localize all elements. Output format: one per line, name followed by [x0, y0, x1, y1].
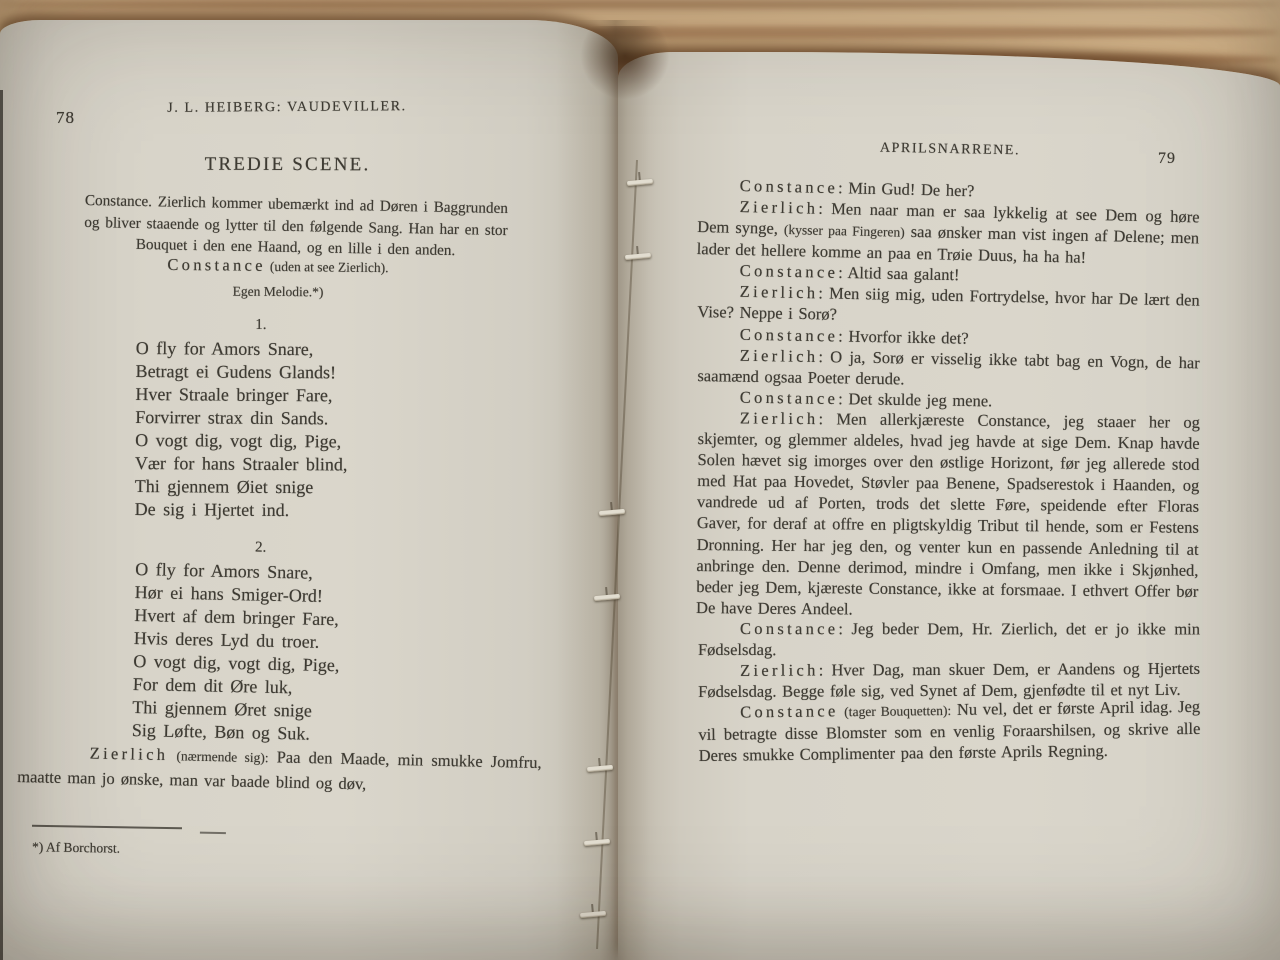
dialogue-paragraph: Zierlich (nærmende sig): Paa den Maade, … — [17, 740, 542, 799]
verse-line: Forvirrer strax din Sands. — [135, 406, 385, 431]
dialogue-column: Constance: Min Gud! De her?Zierlich: Men… — [698, 174, 1200, 767]
speaker-name: Constance — [740, 388, 839, 408]
speaker-name: Zierlich — [90, 744, 169, 765]
dialogue-paragraph: Constance: Jeg beder Dem, Hr. Zierlich, … — [698, 618, 1200, 661]
speaker-name: Zierlich — [740, 282, 819, 303]
running-header-right: APRILSNARRENE. — [825, 140, 1075, 161]
stanza-number: 1. — [136, 314, 386, 337]
speaker-name: Zierlich — [740, 408, 819, 428]
speaker-name: Constance — [740, 619, 838, 638]
verse-line: Hver Straale bringer Fare, — [135, 383, 385, 408]
left-page: 78 J. L. HEIBERG: VAUDEVILLER. TREDIE SC… — [0, 20, 618, 960]
page-number-right: 79 — [1158, 150, 1176, 168]
footnote: *) Af Borchorst. — [32, 839, 120, 856]
verse-line: De sig i Hjertet ind. — [135, 498, 385, 523]
stage-direction: Constance. Zierlich kommer ubemærkt ind … — [41, 189, 550, 263]
speaker-name: Constance — [740, 324, 839, 345]
speaker-name: Constance — [740, 702, 839, 722]
dialogue-paragraph: Zierlich: Hver Dag, man skuer Dem, er Aa… — [698, 658, 1200, 702]
speaker-name: Constance — [167, 255, 266, 275]
verse-line: Betragt ei Gudens Glands! — [136, 360, 386, 385]
speaker-name: Constance — [740, 261, 839, 282]
stage-direction-inline: (nærmende sig): — [176, 748, 268, 765]
stanza-number: 2. — [136, 535, 386, 561]
dialogue-paragraph: Zierlich: Men allerkjæreste Constance, j… — [696, 407, 1200, 623]
stage-direction-inline: (uden at see Zierlich). — [270, 259, 389, 275]
verse-line: O vogt dig, vogt dig, Pige, — [135, 429, 385, 454]
melody-note: Egen Melodie.*) — [92, 282, 464, 301]
page-number-left: 78 — [56, 108, 75, 128]
dialogue-paragraph: Constance (tager Bouquetten): Nu vel, de… — [698, 696, 1201, 766]
speaker-name: Zierlich — [740, 661, 819, 680]
footnote-rule — [32, 825, 182, 830]
song-stanzas: 1.O fly for Amors Snare,Betragt ei Guden… — [136, 314, 386, 742]
speaker-name: Zierlich — [740, 197, 819, 218]
stage-direction-inline: (kysser paa Fingeren) — [784, 222, 905, 240]
verse-line: Thi gjennem Øiet snige — [135, 475, 385, 500]
speaker-heading: Constance (uden at see Zierlich). — [92, 254, 464, 278]
dialogue-text: : Men allerkjæreste Constance, jeg staae… — [696, 409, 1200, 618]
dialogue-text: : Hvorfor ikke det? — [838, 326, 969, 347]
dialogue-text: : Altid saa galant! — [838, 263, 960, 284]
stanza: 1.O fly for Amors Snare,Betragt ei Guden… — [135, 314, 386, 523]
photo-of-open-book: 78 J. L. HEIBERG: VAUDEVILLER. TREDIE SC… — [0, 0, 1280, 960]
speaker-name: Zierlich — [740, 345, 819, 365]
stanza: 2.O fly for Amors Snare,Hør ei hans Smig… — [132, 535, 386, 747]
verse-line: Vær for hans Straaler blind, — [135, 452, 385, 477]
right-page: APRILSNARRENE. 79 Constance: Min Gud! De… — [618, 52, 1280, 960]
wood-grain — [0, 0, 1280, 9]
speaker-name: Constance — [740, 176, 839, 197]
verse-line: O fly for Amors Snare, — [136, 337, 386, 362]
scene-title: TREDIE SCENE. — [145, 154, 430, 177]
running-header-left: J. L. HEIBERG: VAUDEVILLER. — [162, 99, 412, 117]
photo-edge — [0, 90, 3, 960]
dialogue-text: : Min Gud! De her? — [838, 178, 975, 200]
dialogue-text: : Det skulde jeg mene. — [838, 389, 992, 410]
stage-direction-inline: (tager Bouquetten): — [844, 703, 951, 719]
dialogue-paragraph: Zierlich: Men naar man er saa lykkelig a… — [697, 195, 1200, 271]
